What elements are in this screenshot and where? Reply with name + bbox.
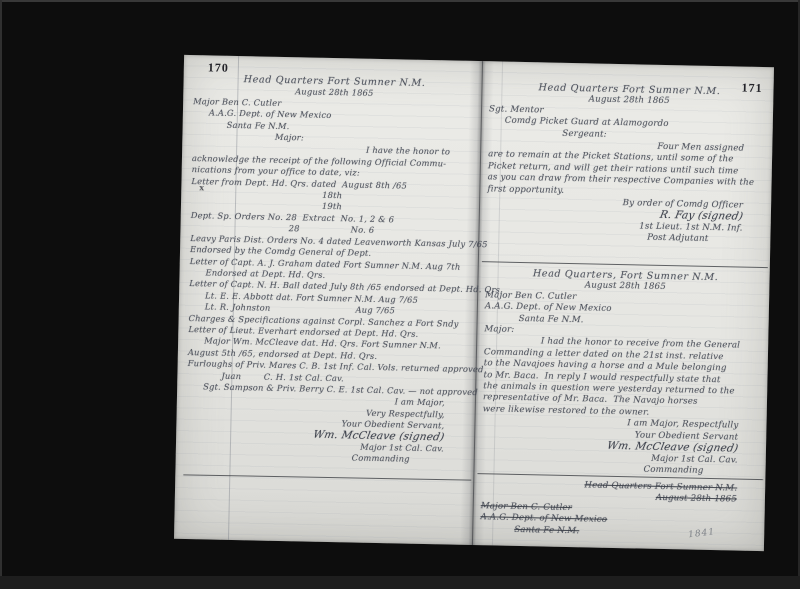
left-page-letter: Head Quarters Fort Sumner N.M.August 28t… [186, 73, 476, 467]
film-edge-top [0, 0, 800, 2]
ledger-page-spread: 170 171 x Head Quarters Fort Sumner N.M.… [174, 55, 774, 551]
right-page-letter-2: Head Quarters, Fort Sumner N.M.August 28… [481, 267, 765, 478]
film-edge-bottom [0, 576, 800, 589]
right-page-struck-entry: Head Quarters Fort Sumner N.M.August 28t… [480, 478, 761, 541]
film-edge-left [0, 0, 2, 589]
film-scan-frame: 170 171 x Head Quarters Fort Sumner N.M.… [0, 0, 800, 589]
right-page-letter-1: Head Quarters Fort Sumner N.M.August 28t… [486, 81, 769, 247]
